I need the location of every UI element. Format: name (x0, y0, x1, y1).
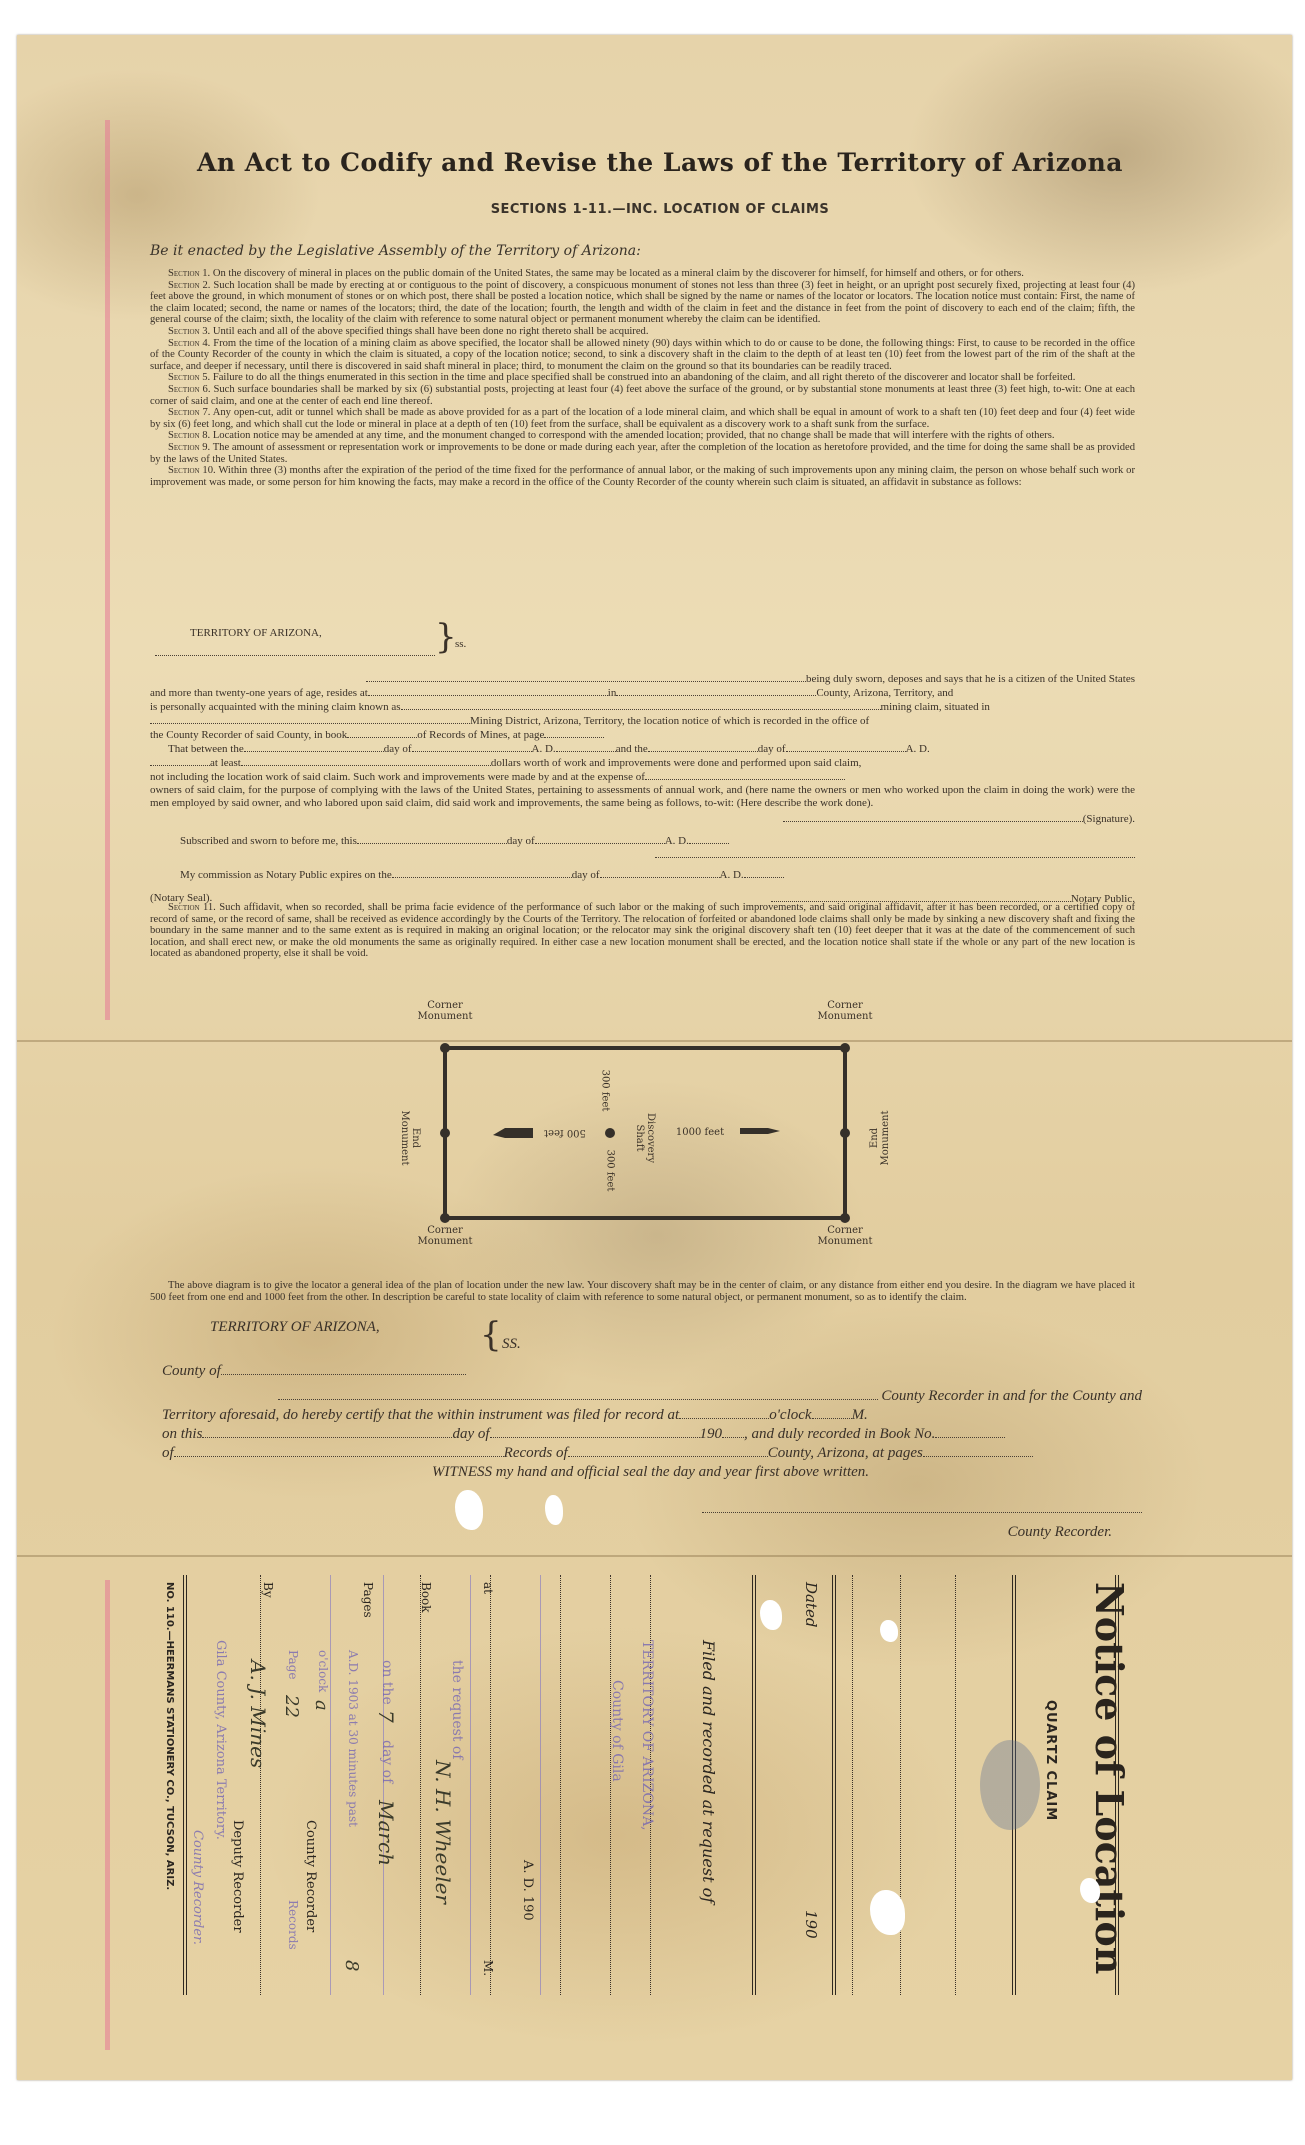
cert-text: day of (452, 1426, 489, 1442)
year-blank[interactable] (556, 742, 616, 752)
recorder-signature-label: County Recorder. (162, 1523, 1142, 1542)
section-paragraph: Section 6. Such surface boundaries shall… (150, 384, 1135, 407)
affidavit-text: A. D. (906, 743, 930, 755)
hour-blank[interactable] (679, 1409, 769, 1419)
handwritten-ampm: a (311, 1700, 332, 1711)
county-recorder-label: County Recorder (303, 1820, 318, 1932)
year-blank[interactable] (689, 834, 729, 844)
stamp-oclock: o'clock (316, 1650, 330, 1692)
cert-text: County Recorder in and for the County an… (881, 1388, 1142, 1404)
section-text: Any open-cut, adit or tunnel which shall… (150, 407, 1135, 430)
year-blank[interactable] (744, 868, 784, 878)
margin-line (105, 120, 110, 1020)
handwritten-month: March (374, 1800, 398, 1866)
affidavit-text: and the (616, 743, 648, 755)
county-blank[interactable] (221, 1365, 466, 1375)
claim-name-blank[interactable] (401, 700, 881, 710)
stamp-county-recorder: County Recorder. (190, 1830, 205, 1945)
stamp-time: A.D. 1903 at 30 minutes past (346, 1650, 360, 1827)
affidavit-text: in (608, 687, 617, 699)
section-paragraph: Section 4. From the time of the location… (150, 338, 1135, 373)
affiant-name-blank[interactable] (366, 672, 806, 682)
notary-signature-blank[interactable] (771, 892, 1071, 902)
end-monument-label: End Monument (399, 1103, 421, 1173)
affidavit-text: is personally acquainted with the mining… (150, 701, 401, 713)
commission-text: My commission as Notary Public expires o… (180, 869, 392, 881)
affidavit-text: A. D. (532, 743, 556, 755)
stamp-county: County of Gila (609, 1680, 625, 1782)
width-label: 300 feet (600, 1061, 611, 1121)
ink-blot (980, 1740, 1040, 1830)
affidavit-text: That between the (168, 743, 244, 755)
corner-monument-label: Corner Monument (800, 1000, 890, 1022)
section-label: Section 9. (168, 442, 210, 453)
diagram-note: The above diagram is to give the locator… (150, 1280, 1135, 1303)
dated-label: Dated (802, 1582, 820, 1627)
book-blank[interactable] (935, 1428, 1005, 1438)
section-label: Section 2. (168, 280, 210, 291)
residence-county-blank[interactable] (616, 686, 816, 696)
affidavit-body: being duly sworn, deposes and says that … (150, 672, 1135, 905)
page-blank[interactable] (544, 728, 604, 738)
section-text: Such surface boundaries shall be marked … (150, 384, 1135, 407)
recorder-certificate: County of County Recorder in and for the… (162, 1362, 1142, 1542)
pages-blank[interactable] (923, 1447, 1033, 1457)
section-paragraph: Section 3. Until each and all of the abo… (150, 326, 1135, 338)
day-blank[interactable] (357, 834, 507, 844)
document-subtitle: SECTIONS 1-11.—INC. LOCATION OF CLAIMS (160, 202, 1160, 217)
section-label: Section 5. (168, 372, 210, 383)
year-blank[interactable] (722, 1428, 744, 1438)
section-text: Failure to do all the things enumerated … (213, 372, 1076, 383)
printer-imprint: NO. 110.—HEERMANS STATIONERY CO., TUCSON… (164, 1582, 175, 1890)
section-paragraph: Section 9. The amount of assessment or r… (150, 442, 1135, 465)
signature-blank[interactable] (783, 812, 1083, 822)
handwritten-hour: 8 (341, 1960, 362, 1971)
month-blank[interactable] (786, 742, 906, 752)
section-text: Location notice may be amended at any ti… (213, 430, 1055, 441)
corner-monument-label: Corner Monument (400, 1225, 490, 1247)
stamp-venue: TERRITORY OF ARIZONA, (639, 1640, 655, 1831)
section-label: Section 7. (168, 407, 210, 418)
cert-text: County, Arizona, at pages (768, 1445, 923, 1461)
section-label: Section 4. (168, 338, 210, 349)
ampm-blank[interactable] (812, 1409, 852, 1419)
section-paragraph: Section 2. Such location shall be made b… (150, 280, 1135, 326)
document-title: An Act to Codify and Revise the Laws of … (160, 148, 1160, 177)
stamp-day: on the (379, 1660, 395, 1705)
handwritten-day: 7 (374, 1710, 398, 1723)
deputy-recorder-label: Deputy Recorder (230, 1820, 245, 1933)
month-blank[interactable] (490, 1428, 700, 1438)
affidavit-text: Mining District, Arizona, Territory, the… (470, 715, 869, 727)
recorder-signature-blank[interactable] (702, 1503, 1142, 1513)
affidavit-text: dollars worth of work and improvements w… (491, 757, 862, 769)
stamp-request: the request of (449, 1660, 465, 1760)
affidavit-text: of Records of Mines, at page (417, 729, 544, 741)
cert-text: M. (852, 1407, 868, 1423)
section-paragraph: Section 7. Any open-cut, adit or tunnel … (150, 407, 1135, 430)
affidavit-text: and more than twenty-one years of age, r… (150, 687, 368, 699)
section-text: From the time of the location of a minin… (150, 338, 1135, 372)
width-label: 300 feet (605, 1141, 616, 1201)
corner-monument-label: Corner Monument (400, 1000, 490, 1022)
stamp-records: Records (286, 1900, 300, 1950)
county-blank[interactable] (568, 1447, 768, 1457)
m-label: M. (481, 1960, 495, 1976)
section-label: Section 3. (168, 326, 210, 337)
stamp-dayof: day of (379, 1740, 395, 1783)
section-label: Section 11. (168, 902, 216, 913)
signature-label: (Signature). (1083, 813, 1135, 825)
year-blank[interactable] (150, 756, 210, 766)
stamp-page: Page (286, 1650, 300, 1679)
paper-hole (545, 1495, 563, 1525)
dated-year: 190 (802, 1910, 820, 1939)
stamp-ad: A. D. 190 (520, 1860, 535, 1921)
section-label: Section 10. (168, 465, 216, 476)
cert-text: on this (162, 1426, 202, 1442)
book-blank[interactable] (347, 728, 417, 738)
pages-label: Pages (361, 1582, 375, 1618)
by-label: By (261, 1582, 275, 1598)
section-label: Section 1. (168, 268, 210, 279)
section-text: Such location shall be made by erecting … (150, 280, 1135, 326)
claim-diagram: Corner Monument Corner Monument Corner M… (400, 1000, 880, 1250)
affidavit-text: not including the location work of said … (150, 771, 645, 783)
fold-crease (17, 1555, 1292, 1557)
commission-text: A. D. (720, 869, 744, 881)
paper-hole (880, 1620, 898, 1642)
month-blank[interactable] (600, 868, 720, 878)
section-11: Section 11. Such affidavit, when so reco… (150, 902, 1135, 960)
handwritten-requester: N. H. Wheeler (431, 1760, 455, 1904)
notary-line[interactable] (655, 848, 1135, 858)
cert-text: Territory aforesaid, do hereby certify t… (162, 1407, 679, 1423)
section-text: On the discovery of mineral in places on… (213, 268, 1024, 279)
section-label: Section 6. (168, 384, 210, 395)
section-text: Until each and all of the above specifie… (213, 326, 649, 337)
enacting-clause: Be it enacted by the Legislative Assembl… (150, 243, 641, 259)
affidavit-text: being duly sworn, deposes and says that … (806, 673, 1135, 685)
affidavit-text: at least (210, 757, 241, 769)
subscribed-text: day of (507, 835, 535, 847)
section-paragraph: Section 5. Failure to do all the things … (150, 372, 1135, 384)
cert-venue: TERRITORY OF ARIZONA, (210, 1318, 380, 1337)
cert-text: o'clock (769, 1407, 811, 1423)
handwritten-deputy: A. J. Mines (246, 1660, 270, 1768)
residence-blank[interactable] (368, 686, 608, 696)
length-label: 1000 feet (665, 1127, 735, 1138)
affidavit-text: County, Arizona, Territory, and (816, 687, 953, 699)
cert-text: , and duly recorded in Book No. (744, 1426, 935, 1442)
length-label: 500 feet (535, 1127, 595, 1138)
month-blank[interactable] (412, 742, 532, 752)
back-title: Notice of Location (1087, 1582, 1132, 1974)
month-blank[interactable] (535, 834, 665, 844)
affidavit-text: mining claim, situated in (881, 701, 990, 713)
cert-text: County of (162, 1363, 221, 1379)
stamp-gila: Gila County, Arizona Territory. (213, 1640, 228, 1840)
affidavit-ss: ss. (455, 638, 466, 651)
subscribed-text: Subscribed and sworn to before me, this (180, 835, 357, 847)
witness-clause: WITNESS my hand and official seal the da… (162, 1463, 1142, 1482)
section-label: Section 8. (168, 430, 210, 441)
brace: } (435, 620, 457, 654)
district-blank[interactable] (150, 714, 470, 724)
commission-text: day of (572, 869, 600, 881)
diagram-note-text: The above diagram is to give the locator… (150, 1280, 1135, 1303)
discovery-shaft-label: Discovery Shaft (634, 1098, 656, 1178)
amount-blank[interactable] (241, 756, 491, 766)
paper-hole (1080, 1878, 1100, 1903)
recorder-name-blank[interactable] (278, 1390, 878, 1400)
back-subtitle: QUARTZ CLAIM (1043, 1700, 1058, 1821)
affidavit-text: owners of said claim, for the purpose of… (150, 784, 1135, 810)
brace: { (480, 1318, 502, 1352)
affidavit-venue: TERRITORY OF ARIZONA, (190, 627, 322, 640)
book-label: Book (419, 1582, 433, 1613)
cert-text: Records of (504, 1445, 568, 1461)
affidavit-text: day of (758, 743, 786, 755)
cert-ss: SS. (502, 1335, 521, 1354)
margin-line (105, 1580, 110, 2050)
cert-text: of (162, 1445, 174, 1461)
day-blank[interactable] (244, 742, 384, 752)
section-paragraph: Section 10. Within three (3) months afte… (150, 465, 1135, 488)
filed-label: Filed and recorded at request of (699, 1640, 718, 1903)
section-paragraph: Section 8. Location notice may be amende… (150, 430, 1135, 442)
county-blank[interactable] (155, 655, 435, 656)
section-text: The amount of assessment or representati… (150, 442, 1135, 465)
section-text: Within three (3) months after the expira… (150, 465, 1135, 488)
cert-text: 190 (700, 1426, 723, 1442)
affidavit-text: the County Recorder of said County, in b… (150, 729, 347, 741)
records-type-blank[interactable] (174, 1447, 504, 1457)
day-blank[interactable] (392, 868, 572, 878)
section-text: Such affidavit, when so recorded, shall … (150, 902, 1135, 959)
corner-monument-label: Corner Monument (800, 1225, 890, 1247)
paper-hole (760, 1600, 782, 1630)
handwritten-page: 22 (281, 1695, 302, 1718)
sections-1-10: Section 1. On the discovery of mineral i… (150, 268, 1135, 488)
end-monument-label: End Monument (869, 1103, 891, 1173)
at-label: at (481, 1582, 495, 1594)
subscribed-text: A. D. (665, 835, 689, 847)
day-blank[interactable] (648, 742, 758, 752)
day-blank[interactable] (202, 1428, 452, 1438)
affidavit-text: day of (384, 743, 412, 755)
owners-blank[interactable] (645, 770, 845, 780)
section-paragraph: Section 1. On the discovery of mineral i… (150, 268, 1135, 280)
